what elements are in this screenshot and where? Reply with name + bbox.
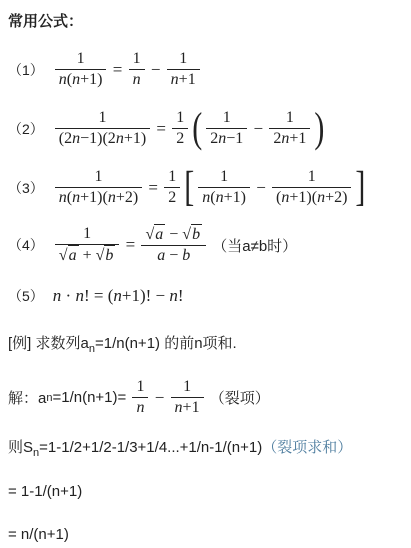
- math-variable: n: [59, 71, 67, 88]
- math-run: n+1: [175, 399, 200, 416]
- math-operator: 1: [223, 109, 231, 126]
- math-variable: n: [116, 130, 124, 147]
- fraction-numerator: 1: [167, 49, 200, 69]
- math-operator: +1)(: [289, 189, 317, 206]
- math-operator: +1: [179, 71, 196, 88]
- math-operator: !: [178, 286, 184, 305]
- fraction-denominator: (n+1)(n+2): [272, 187, 351, 208]
- fraction-numerator: 1: [206, 108, 247, 128]
- text-run: = n/(n+1): [8, 526, 69, 543]
- radical-icon: √: [182, 225, 191, 245]
- math-variable: n: [72, 71, 80, 88]
- text-run: 解：a: [8, 387, 46, 408]
- math-variable: n: [169, 286, 178, 305]
- math-operator: 1: [94, 168, 102, 185]
- formula-3: （3）1n(n+1)(n+2) = 12[1n(n+1) − 1(n+1)(n+…: [8, 167, 411, 208]
- formula-4: （4）1√a + √b = √a − √ba − b （当a≠b时）: [8, 224, 411, 266]
- fraction: 1n(n+1): [55, 49, 107, 90]
- math-operator: −: [165, 247, 182, 264]
- math-run: 1: [308, 168, 316, 185]
- math-run: =: [152, 119, 170, 139]
- big-delimiter: [: [184, 167, 194, 209]
- math-run: n(n+1): [202, 189, 246, 206]
- math-variable: n: [136, 399, 144, 416]
- math-run: +: [79, 247, 96, 264]
- math-run: 1: [133, 50, 141, 67]
- math-operator: −: [252, 178, 270, 197]
- math-run: 1: [179, 50, 187, 67]
- sqrt-expression: √b: [96, 245, 116, 266]
- math-operator: ! = (: [84, 286, 113, 305]
- math-run: 1: [77, 50, 85, 67]
- math-operator: +1: [289, 130, 306, 147]
- math-operator: =: [152, 119, 170, 138]
- math-operator: 1: [136, 378, 144, 395]
- math-operator: =: [121, 235, 139, 254]
- math-variable: n: [175, 399, 183, 416]
- fraction-numerator: 1: [272, 167, 351, 187]
- text-run: =1/n(n+1) 的前n项和.: [95, 335, 237, 352]
- math-run: a − b: [157, 247, 190, 264]
- math-operator: ·: [61, 286, 75, 305]
- math-run: n(n+1)(n+2): [59, 189, 138, 206]
- big-delimiter: (: [192, 108, 202, 150]
- fraction: 1n: [129, 49, 145, 90]
- formula-2: （2）1(2n−1)(2n+1) = 12(12n−1 − 12n+1): [8, 108, 411, 149]
- math-variable: n: [72, 130, 80, 147]
- fraction-numerator: 1: [164, 167, 180, 187]
- formula-1: （1）1n(n+1) = 1n − 1n+1: [8, 49, 411, 90]
- fraction-denominator: n(n+1): [198, 187, 250, 208]
- text-run: =1-1/2+1/2-1/3+1/4...+1/n-1/(n+1): [39, 439, 262, 456]
- radicand: a: [68, 245, 79, 266]
- fraction: 1n+1: [167, 49, 200, 90]
- math-run: −: [150, 388, 168, 408]
- math-operator: +1): [80, 71, 102, 88]
- text-run: 则S: [8, 439, 33, 456]
- fraction: 1√a + √b: [55, 224, 120, 266]
- math-operator: +1): [224, 189, 246, 206]
- math-run: =: [108, 60, 126, 80]
- math-run: n · n! = (n+1)! − n!: [53, 286, 184, 306]
- math-operator: +1: [183, 399, 200, 416]
- result-line-1: = 1-1/(n+1): [8, 483, 411, 500]
- math-run: 2: [168, 189, 176, 206]
- formula-number: （2）: [8, 119, 44, 139]
- big-delimiter: ]: [355, 167, 365, 209]
- math-operator: −1: [226, 130, 243, 147]
- math-operator: −: [147, 60, 165, 79]
- highlighted-text: （裂项求和）: [262, 439, 352, 456]
- fraction-numerator: √a − √b: [141, 224, 206, 245]
- math-run: 1: [183, 378, 191, 395]
- math-variable: n: [113, 286, 122, 305]
- math-run: 1: [286, 109, 294, 126]
- formula-number: （3）: [8, 178, 44, 198]
- math-operator: +: [79, 247, 96, 264]
- math-run: 1: [220, 168, 228, 185]
- math-operator: +2): [325, 189, 347, 206]
- fraction-denominator: n+1: [171, 397, 204, 418]
- document: 常用公式： （1）1n(n+1) = 1n − 1n+1（2）1(2n−1)(2…: [8, 10, 411, 543]
- math-operator: −1)(2: [80, 130, 116, 147]
- math-operator: =: [144, 178, 162, 197]
- math-run: −: [249, 119, 267, 139]
- text-run: [例] 求数列a: [8, 335, 89, 352]
- math-operator: +2): [116, 189, 138, 206]
- result-line-2: = n/(n+1): [8, 526, 411, 543]
- fraction-denominator: (2n−1)(2n+1): [55, 128, 150, 149]
- math-run: =: [144, 178, 162, 198]
- math-operator: 1: [308, 168, 316, 185]
- radicand: b: [104, 245, 115, 266]
- fraction-numerator: 1: [55, 167, 142, 187]
- math-operator: 1: [220, 168, 228, 185]
- example-intro: [例] 求数列an=1/n(n+1) 的前n项和.: [8, 332, 411, 353]
- formula-number: （5）: [8, 286, 44, 306]
- math-variable: n: [133, 71, 141, 88]
- math-variable: n: [317, 189, 325, 206]
- math-operator: −: [150, 388, 168, 407]
- math-operator: +1)! −: [122, 286, 170, 305]
- math-variable: n: [72, 189, 80, 206]
- math-run: 1: [98, 109, 106, 126]
- fraction-denominator: √a + √b: [55, 244, 120, 266]
- text-run: = 1-1/(n+1): [8, 483, 82, 500]
- math-variable: n: [171, 71, 179, 88]
- formula-5: （5）n · n! = (n+1)! − n!: [8, 286, 411, 306]
- fraction: 1n: [132, 377, 148, 418]
- math-operator: 1: [286, 109, 294, 126]
- math-run: 1: [168, 168, 176, 185]
- sqrt-expression: √b: [182, 224, 202, 245]
- math-operator: +1)(: [80, 189, 108, 206]
- math-variable: n: [75, 286, 84, 305]
- math-operator: 2: [168, 189, 176, 206]
- math-run: n: [136, 399, 144, 416]
- math-variable: b: [182, 247, 190, 264]
- fraction-denominator: n(n+1): [55, 69, 107, 90]
- fraction: 12: [172, 108, 188, 149]
- math-variable: n: [108, 189, 116, 206]
- math-run: 2n+1: [273, 130, 306, 147]
- math-run: (2n−1)(2n+1): [59, 130, 146, 147]
- radical-icon: √: [145, 225, 154, 245]
- text-run: =1/n(n+1)=: [52, 389, 130, 406]
- fraction-numerator: 1: [198, 167, 250, 187]
- radical-icon: √: [59, 246, 68, 266]
- math-run: 2: [176, 130, 184, 147]
- fraction-numerator: 1: [171, 377, 204, 397]
- fraction-numerator: 1: [132, 377, 148, 397]
- math-operator: =: [108, 60, 126, 79]
- math-operator: 1: [133, 50, 141, 67]
- formula-number: （1）: [8, 60, 44, 80]
- formula-number: （4）: [8, 235, 44, 255]
- math-operator: −: [165, 226, 182, 243]
- fraction-numerator: 1: [55, 49, 107, 69]
- math-run: n(n+1): [59, 71, 103, 88]
- fraction-denominator: 2n−1: [206, 128, 247, 149]
- fraction-denominator: 2: [172, 128, 188, 149]
- math-operator: 2: [176, 130, 184, 147]
- math-run: −: [147, 60, 165, 80]
- math-run: =: [121, 235, 139, 255]
- math-run: (n+1)(n+2): [276, 189, 347, 206]
- math-run: n+1: [171, 71, 196, 88]
- math-operator: 1: [179, 50, 187, 67]
- math-operator: 1: [176, 109, 184, 126]
- radicand: a: [154, 224, 165, 245]
- math-variable: n: [59, 189, 67, 206]
- fraction: 12n+1: [269, 108, 310, 149]
- big-delimiter: ): [314, 108, 324, 150]
- math-operator: 1: [168, 168, 176, 185]
- sqrt-expression: √a: [59, 245, 79, 266]
- math-operator: (2: [59, 130, 72, 147]
- math-run: −: [165, 226, 182, 243]
- math-run: 2n−1: [210, 130, 243, 147]
- fraction: 1n(n+1)(n+2): [55, 167, 142, 208]
- fraction-denominator: n: [129, 69, 145, 90]
- math-operator: 1: [98, 109, 106, 126]
- math-run: 1: [136, 378, 144, 395]
- text-run: （当a≠b时）: [208, 235, 297, 256]
- math-operator: 1: [77, 50, 85, 67]
- math-variable: n: [216, 189, 224, 206]
- fraction: 1n+1: [171, 377, 204, 418]
- solution-line: 解：an=1/n(n+1)= 1n − 1n+1 （裂项）: [8, 377, 411, 418]
- fraction: 12: [164, 167, 180, 208]
- math-run: 1: [83, 225, 91, 242]
- sum-line: 则Sn=1-1/2+1/2-1/3+1/4...+1/n-1/(n+1)（裂项求…: [8, 436, 411, 457]
- content: （1）1n(n+1) = 1n − 1n+1（2）1(2n−1)(2n+1) =…: [8, 49, 411, 543]
- math-run: 1: [223, 109, 231, 126]
- fraction: 1(2n−1)(2n+1): [55, 108, 150, 149]
- fraction-numerator: 1: [129, 49, 145, 69]
- radicand: b: [191, 224, 202, 245]
- fraction-denominator: a − b: [141, 245, 206, 266]
- fraction-numerator: 1: [55, 224, 120, 244]
- fraction-denominator: n: [132, 397, 148, 418]
- fraction: √a − √ba − b: [141, 224, 206, 266]
- radical-icon: √: [96, 246, 105, 266]
- math-operator: 1: [83, 225, 91, 242]
- fraction-denominator: 2n+1: [269, 128, 310, 149]
- fraction: 1n(n+1): [198, 167, 250, 208]
- math-operator: −: [249, 119, 267, 138]
- math-run: 1: [176, 109, 184, 126]
- fraction-numerator: 1: [55, 108, 150, 128]
- fraction-denominator: n+1: [167, 69, 200, 90]
- math-operator: 1: [183, 378, 191, 395]
- sqrt-expression: √a: [145, 224, 165, 245]
- fraction-denominator: n(n+1)(n+2): [55, 187, 142, 208]
- fraction-numerator: 1: [172, 108, 188, 128]
- text-run: （裂项）: [206, 387, 270, 408]
- fraction: 12n−1: [206, 108, 247, 149]
- math-run: n: [133, 71, 141, 88]
- fraction-denominator: 2: [164, 187, 180, 208]
- math-operator: +1): [124, 130, 146, 147]
- fraction-numerator: 1: [269, 108, 310, 128]
- fraction: 1(n+1)(n+2): [272, 167, 351, 208]
- math-run: −: [252, 178, 270, 198]
- page-title: 常用公式：: [8, 10, 411, 31]
- math-run: 1: [94, 168, 102, 185]
